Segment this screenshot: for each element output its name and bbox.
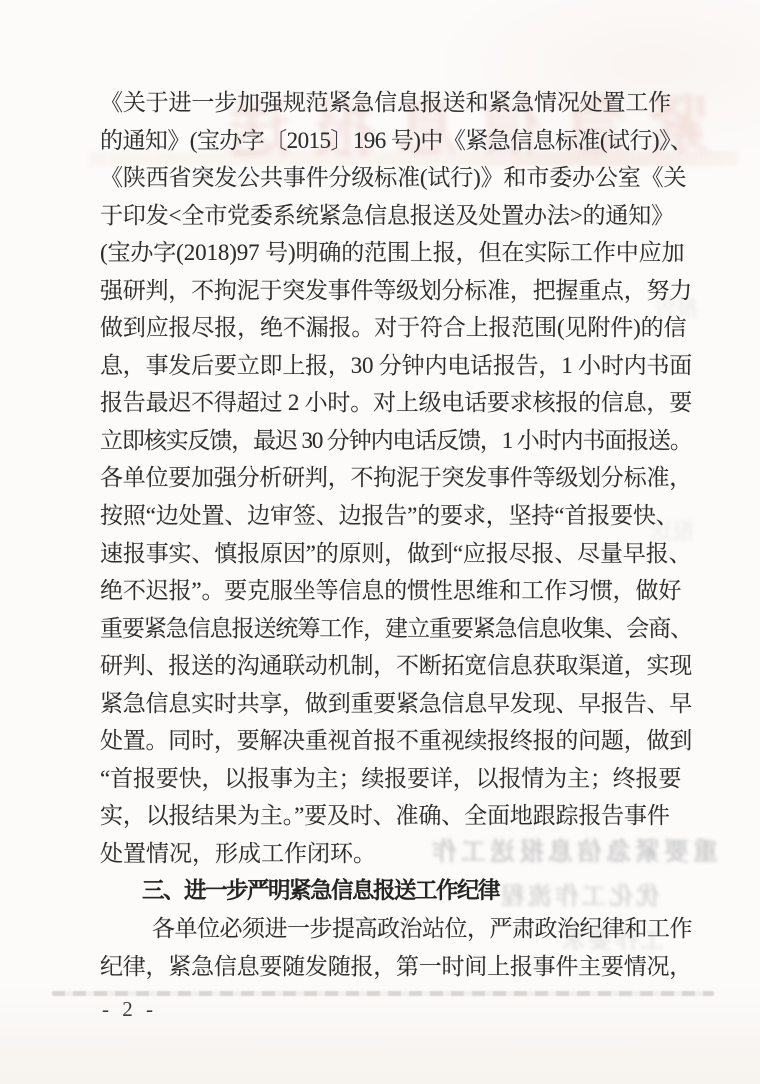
scanned-document-page: 紧急信息报送 重要紧急信息报送工作 优化工作流程 工作要求 报告 报送 《关于进… xyxy=(0,0,760,1084)
text-line: 重要紧急信息报送统筹工作，建立重要紧急信息收集、会商、 xyxy=(100,610,696,648)
page-number: - 2 - xyxy=(102,997,157,1022)
text-line: 各单位要加强分析研判，不拘泥于突发事件等级划分标准， xyxy=(100,459,696,497)
text-line: 按照“边处置、边审签、边报告”的要求，坚持“首报要快、 xyxy=(100,497,696,535)
text-line: 处置。同时，要解决重视首报不重视续报终报的问题，做到 xyxy=(100,722,696,760)
text-line: 各单位必须进一步提高政治站位，严肃政治纪律和工作 xyxy=(100,910,696,948)
scan-streak-artifact xyxy=(52,991,714,996)
text-line: “首报要快，以报事为主；续报要详，以报情为主；终报要 xyxy=(100,760,696,798)
text-line: 速报事实、慎报原因”的原则，做到“应报尽报、尽量早报、 xyxy=(100,535,696,573)
text-line: 实，以报结果为主。”要及时、准确、全面地跟踪报告事件 xyxy=(100,797,696,835)
text-line: 绝不迟报”。要克服坐等信息的惯性思维和工作习惯，做好 xyxy=(100,572,696,610)
text-line: 息，事发后要立即上报，30 分钟内电话报告，1 小时内书面 xyxy=(100,347,696,385)
text-line: 强研判，不拘泥于突发事件等级划分标准，把握重点，努力 xyxy=(100,272,696,310)
text-line: 研判、报送的沟通联动机制，不断拓宽信息获取渠道，实现 xyxy=(100,647,696,685)
text-line: 报告最迟不得超过 2 小时。对上级电话要求核报的信息，要 xyxy=(100,384,696,422)
text-line: 的通知》(宝办字〔2015〕196 号)中《紧急信息标准(试行)》、 xyxy=(100,122,696,160)
document-body: 《关于进一步加强规范紧急信息报送和紧急情况处置工作的通知》(宝办字〔2015〕1… xyxy=(100,84,696,985)
text-line: 处置情况，形成工作闭环。 xyxy=(100,835,696,873)
text-line: 《陕西省突发公共事件分级标准(试行)》和市委办公室《关 xyxy=(100,159,696,197)
text-line: 纪律，紧急信息要随发随报，第一时间上报事件主要情况， xyxy=(100,948,696,986)
text-line: 于印发<全市党委系统紧急信息报送及处置办法>的通知》 xyxy=(100,197,696,235)
text-line: 立即核实反馈，最迟 30 分钟内电话反馈，1 小时内书面报送。 xyxy=(100,422,696,460)
text-line: (宝办字(2018)97 号)明确的范围上报，但在实际工作中应加 xyxy=(100,234,696,272)
section-heading: 三、进一步严明紧急信息报送工作纪律 xyxy=(100,872,696,910)
text-line: 《关于进一步加强规范紧急信息报送和紧急情况处置工作 xyxy=(100,84,696,122)
text-line: 紧急信息实时共享，做到重要紧急信息早发现、早报告、早 xyxy=(100,685,696,723)
text-line: 做到应报尽报，绝不漏报。对于符合上报范围(见附件)的信 xyxy=(100,309,696,347)
